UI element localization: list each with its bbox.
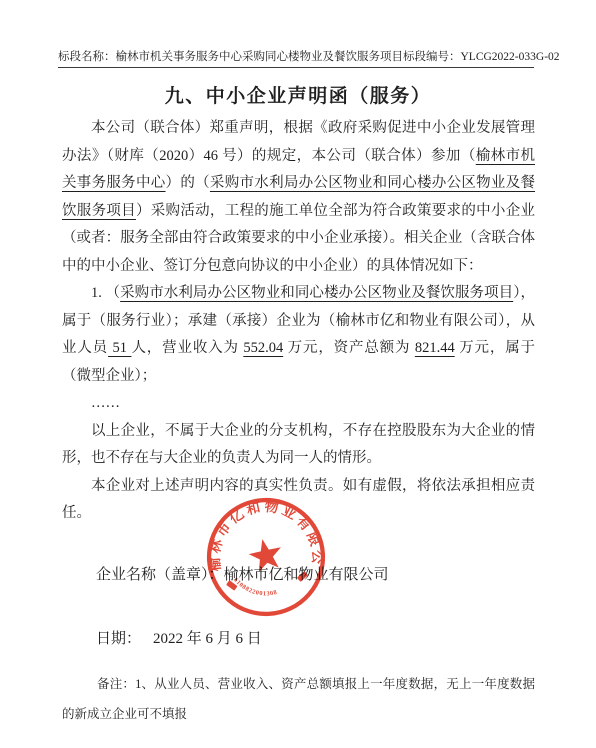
paragraph-text: 本公司（联合体）郑重声明，根据《政府采购促进中小企业发展管理办法》（财库（202… — [62, 120, 535, 164]
document-page: 标段名称：榆林市机关事务服务中心采购同心楼物业及餐饮服务项目 标段编号：YLCG… — [0, 0, 596, 748]
section-name: 标段名称：榆林市机关事务服务中心采购同心楼物业及餐饮服务项目 — [58, 48, 403, 64]
underlined-fill-in-value: 采购市水利局办公区物业和同心楼办公区物业及餐饮服务项目 — [120, 285, 513, 301]
paragraph-text: 1. （ — [91, 285, 120, 301]
company-name-value: 榆林市亿和物业有限公司 — [224, 567, 389, 583]
document-body: 本公司（联合体）郑重声明，根据《政府采购促进中小企业发展管理办法》（财库（202… — [62, 115, 535, 528]
paragraph-text: 本企业对上述声明内容的真实性负责。如有虚假，将依法承担相应责任。 — [62, 478, 535, 522]
company-name-label: 企业名称（盖章）： — [96, 567, 224, 583]
paragraph-text: ）的（ — [166, 175, 210, 191]
paragraph-text: 人，营业收入为 — [131, 340, 243, 356]
paragraph-text: 以上企业，不属于大企业的分支机构，不存在控股股东为大企业的情形，也不存在与大企业… — [62, 423, 535, 467]
underlined-fill-in-value: 552.04 — [243, 340, 283, 356]
truthfulness-paragraph: 本企业对上述声明内容的真实性负责。如有虚假，将依法承担相应责任。 — [62, 473, 535, 528]
underlined-fill-in-value: 51 — [108, 340, 131, 356]
footnote: 备注：1、从业人员、营业收入、资产总额填报上一年度数据，无上一年度数据的新成立企… — [62, 669, 535, 729]
document-title: 九、中小企业声明函（服务） — [0, 81, 596, 108]
paragraph-text: 万元，资产总额为 — [283, 340, 415, 356]
declaration-paragraph: 本公司（联合体）郑重声明，根据《政府采购促进中小企业发展管理办法》（财库（202… — [62, 115, 535, 280]
date-row: 日期：2022 年 6 月 6 日 — [96, 625, 535, 653]
underlined-fill-in-value: 821.44 — [415, 340, 455, 356]
company-name-row: 企业名称（盖章）：榆林市亿和物业有限公司 — [96, 561, 535, 589]
date-label: 日期： — [96, 631, 141, 647]
document-header: 标段名称：榆林市机关事务服务中心采购同心楼物业及餐饮服务项目 标段编号：YLCG… — [58, 48, 534, 68]
signature-block: 企业名称（盖章）：榆林市亿和物业有限公司 日期：2022 年 6 月 6 日 — [96, 561, 535, 653]
paragraph-text: …… — [91, 395, 120, 411]
ellipsis-line: …… — [62, 390, 535, 418]
branch-statement-paragraph: 以上企业，不属于大企业的分支机构，不存在控股股东为大企业的情形，也不存在与大企业… — [62, 418, 535, 473]
enterprise-details-paragraph: 1. （采购市水利局办公区物业和同心楼办公区物业及餐饮服务项目），属于（服务行业… — [62, 280, 535, 390]
date-value: 2022 年 6 月 6 日 — [153, 631, 262, 647]
section-number: 标段编号：YLCG2022-033G-02 — [403, 48, 560, 64]
